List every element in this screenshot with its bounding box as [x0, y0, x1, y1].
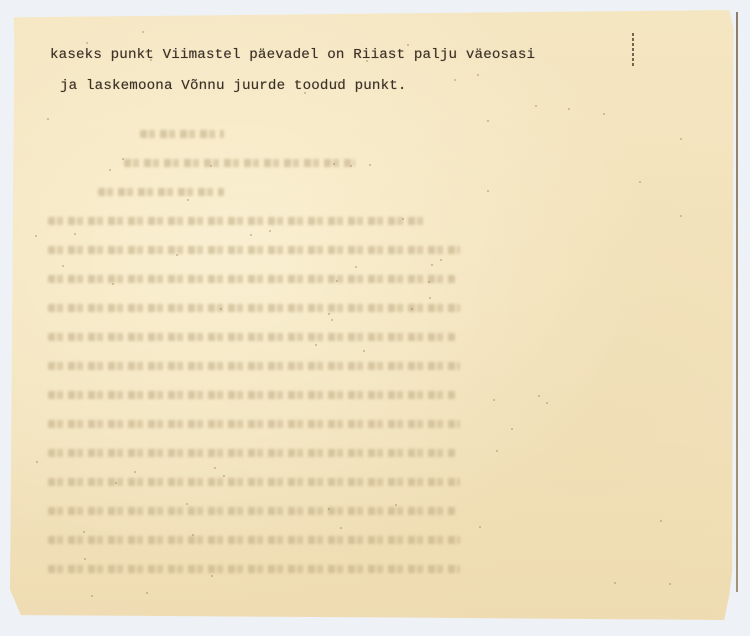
speck [74, 233, 76, 235]
speck [479, 526, 481, 528]
speck [568, 108, 570, 110]
show-through-line [48, 507, 455, 515]
show-through-line [48, 565, 460, 573]
speck [395, 504, 397, 506]
speck [493, 399, 495, 401]
show-through-line [140, 130, 224, 138]
speck [142, 31, 144, 33]
show-through-line [48, 478, 460, 486]
show-through-line [124, 159, 355, 167]
show-through-text [48, 130, 468, 594]
speck [36, 461, 38, 463]
speck [150, 59, 152, 61]
margin-mark [632, 33, 634, 68]
show-through-line [48, 246, 460, 254]
speck [407, 44, 409, 46]
speck [669, 583, 671, 585]
speck [350, 165, 352, 167]
speck [47, 118, 49, 120]
paper-right-edge [736, 12, 738, 592]
speck [366, 60, 368, 62]
speck [86, 42, 88, 44]
show-through-line [48, 333, 455, 341]
show-through-line [48, 449, 455, 457]
speck [680, 215, 682, 217]
typed-line-1: kaseks punkt Viimastel päevadel on Riias… [50, 47, 535, 63]
speck [333, 163, 335, 165]
speck [680, 138, 682, 140]
scan-background: kaseks punkt Viimastel päevadel on Riias… [0, 0, 750, 636]
show-through-line [48, 304, 460, 312]
speck [109, 169, 111, 171]
speck [487, 120, 489, 122]
speck [250, 234, 252, 236]
show-through-line [48, 217, 426, 225]
show-through-line [98, 188, 224, 196]
speck [187, 199, 189, 201]
speck [477, 74, 479, 76]
show-through-line [48, 391, 455, 399]
speck [315, 344, 317, 346]
show-through-line [48, 420, 460, 428]
speck [328, 313, 330, 315]
speck [369, 164, 371, 166]
speck [214, 467, 216, 469]
speck [431, 264, 433, 266]
show-through-line [48, 536, 460, 544]
show-through-line [48, 275, 455, 283]
speck [511, 428, 513, 430]
speck [146, 592, 148, 594]
speck [411, 308, 413, 310]
speck [487, 190, 489, 192]
show-through-line [48, 362, 460, 370]
speck [440, 259, 442, 261]
typed-line-2: ja laskemoona Võnnu juurde toodud punkt. [60, 78, 407, 94]
speck [614, 582, 616, 584]
speck [35, 235, 37, 237]
speck [91, 595, 93, 597]
speck [269, 230, 271, 232]
speck [210, 165, 212, 167]
